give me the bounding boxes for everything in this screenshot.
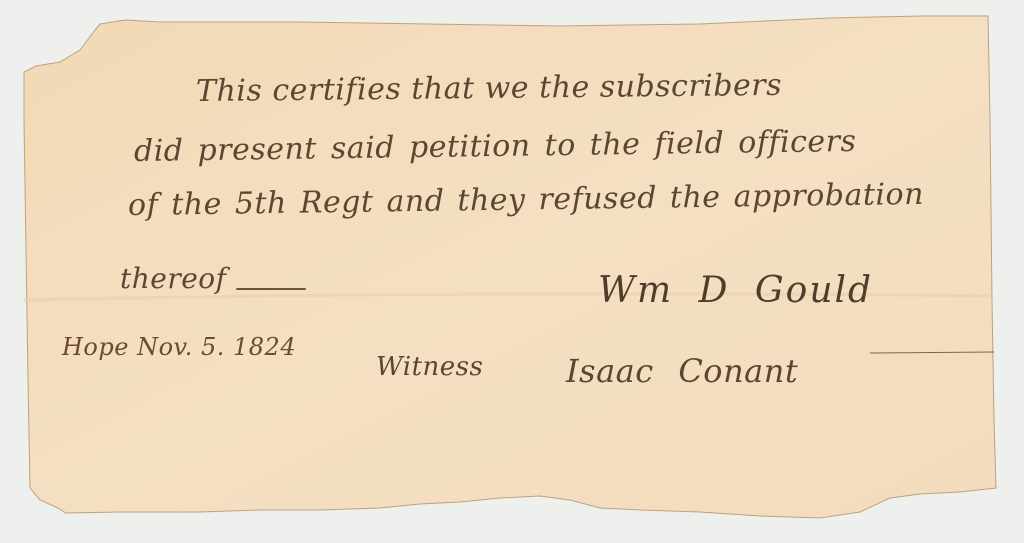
witness-label: Witness	[376, 352, 483, 382]
body-line-1: This certifies that we the subscribers	[196, 68, 782, 109]
witness-signature: Isaac Conant	[566, 352, 798, 390]
closing-flourish	[236, 288, 306, 290]
document-scan: This certifies that we the subscribers d…	[0, 0, 1024, 543]
body-line-4: thereof	[120, 262, 227, 295]
signature-gould: Wm D Gould	[598, 270, 873, 311]
place-date: Hope Nov. 5. 1824	[62, 333, 296, 361]
